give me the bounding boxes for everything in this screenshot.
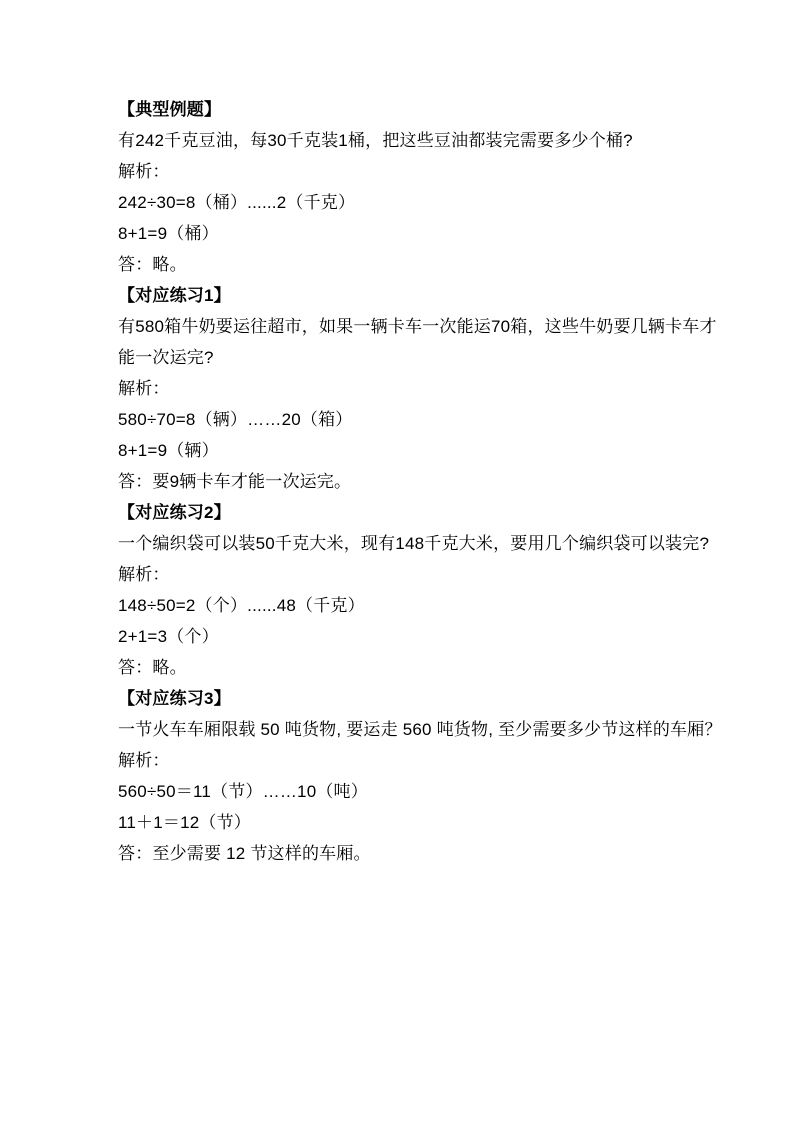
document-page: 【典型例题】 有242千克豆油，每30千克装1桶，把这些豆油都装完需要多少个桶?… (0, 0, 793, 1122)
answer-line: 答：略。 (118, 249, 718, 280)
problem-text-line-1: 有580箱牛奶要运往超市，如果一辆卡车一次能运70箱，这些牛奶要几辆卡车才 (118, 311, 718, 342)
equation-line: 560÷50＝11（节）……10（吨） (118, 776, 718, 807)
problem-text: 一个编织袋可以装50千克大米，现有148千克大米，要用几个编织袋可以装完? (118, 528, 718, 559)
section-exercise-1: 【对应练习1】 有580箱牛奶要运往超市，如果一辆卡车一次能运70箱，这些牛奶要… (118, 280, 718, 497)
problem-text-line-2: 能一次运完? (118, 342, 718, 373)
answer-line: 答：至少需要 12 节这样的车厢。 (118, 838, 718, 869)
section-heading: 【对应练习2】 (118, 497, 718, 528)
section-heading: 【对应练习3】 (118, 683, 718, 714)
equation-line: 8+1=9（桶） (118, 218, 718, 249)
section-typical-example: 【典型例题】 有242千克豆油，每30千克装1桶，把这些豆油都装完需要多少个桶?… (118, 94, 718, 280)
answer-line: 答：略。 (118, 652, 718, 683)
equation-line: 2+1=3（个） (118, 621, 718, 652)
equation-line: 148÷50=2（个）......48（千克） (118, 590, 718, 621)
analysis-label: 解析： (118, 559, 718, 590)
analysis-label: 解析： (118, 156, 718, 187)
equation-line: 580÷70=8（辆）……20（箱） (118, 404, 718, 435)
equation-line: 11＋1＝12（节） (118, 807, 718, 838)
analysis-label: 解析： (118, 373, 718, 404)
section-heading: 【对应练习1】 (118, 280, 718, 311)
section-heading: 【典型例题】 (118, 94, 718, 125)
analysis-label: 解析： (118, 745, 718, 776)
equation-line: 242÷30=8（桶）......2（千克） (118, 187, 718, 218)
document-content: 【典型例题】 有242千克豆油，每30千克装1桶，把这些豆油都装完需要多少个桶?… (118, 94, 718, 869)
problem-text: 一节火车车厢限载 50 吨货物, 要运走 560 吨货物, 至少需要多少节这样的… (118, 714, 718, 745)
equation-line: 8+1=9（辆） (118, 435, 718, 466)
answer-line: 答：要9辆卡车才能一次运完。 (118, 466, 718, 497)
section-exercise-2: 【对应练习2】 一个编织袋可以装50千克大米，现有148千克大米，要用几个编织袋… (118, 497, 718, 683)
section-exercise-3: 【对应练习3】 一节火车车厢限载 50 吨货物, 要运走 560 吨货物, 至少… (118, 683, 718, 869)
problem-text: 有242千克豆油，每30千克装1桶，把这些豆油都装完需要多少个桶? (118, 125, 718, 156)
